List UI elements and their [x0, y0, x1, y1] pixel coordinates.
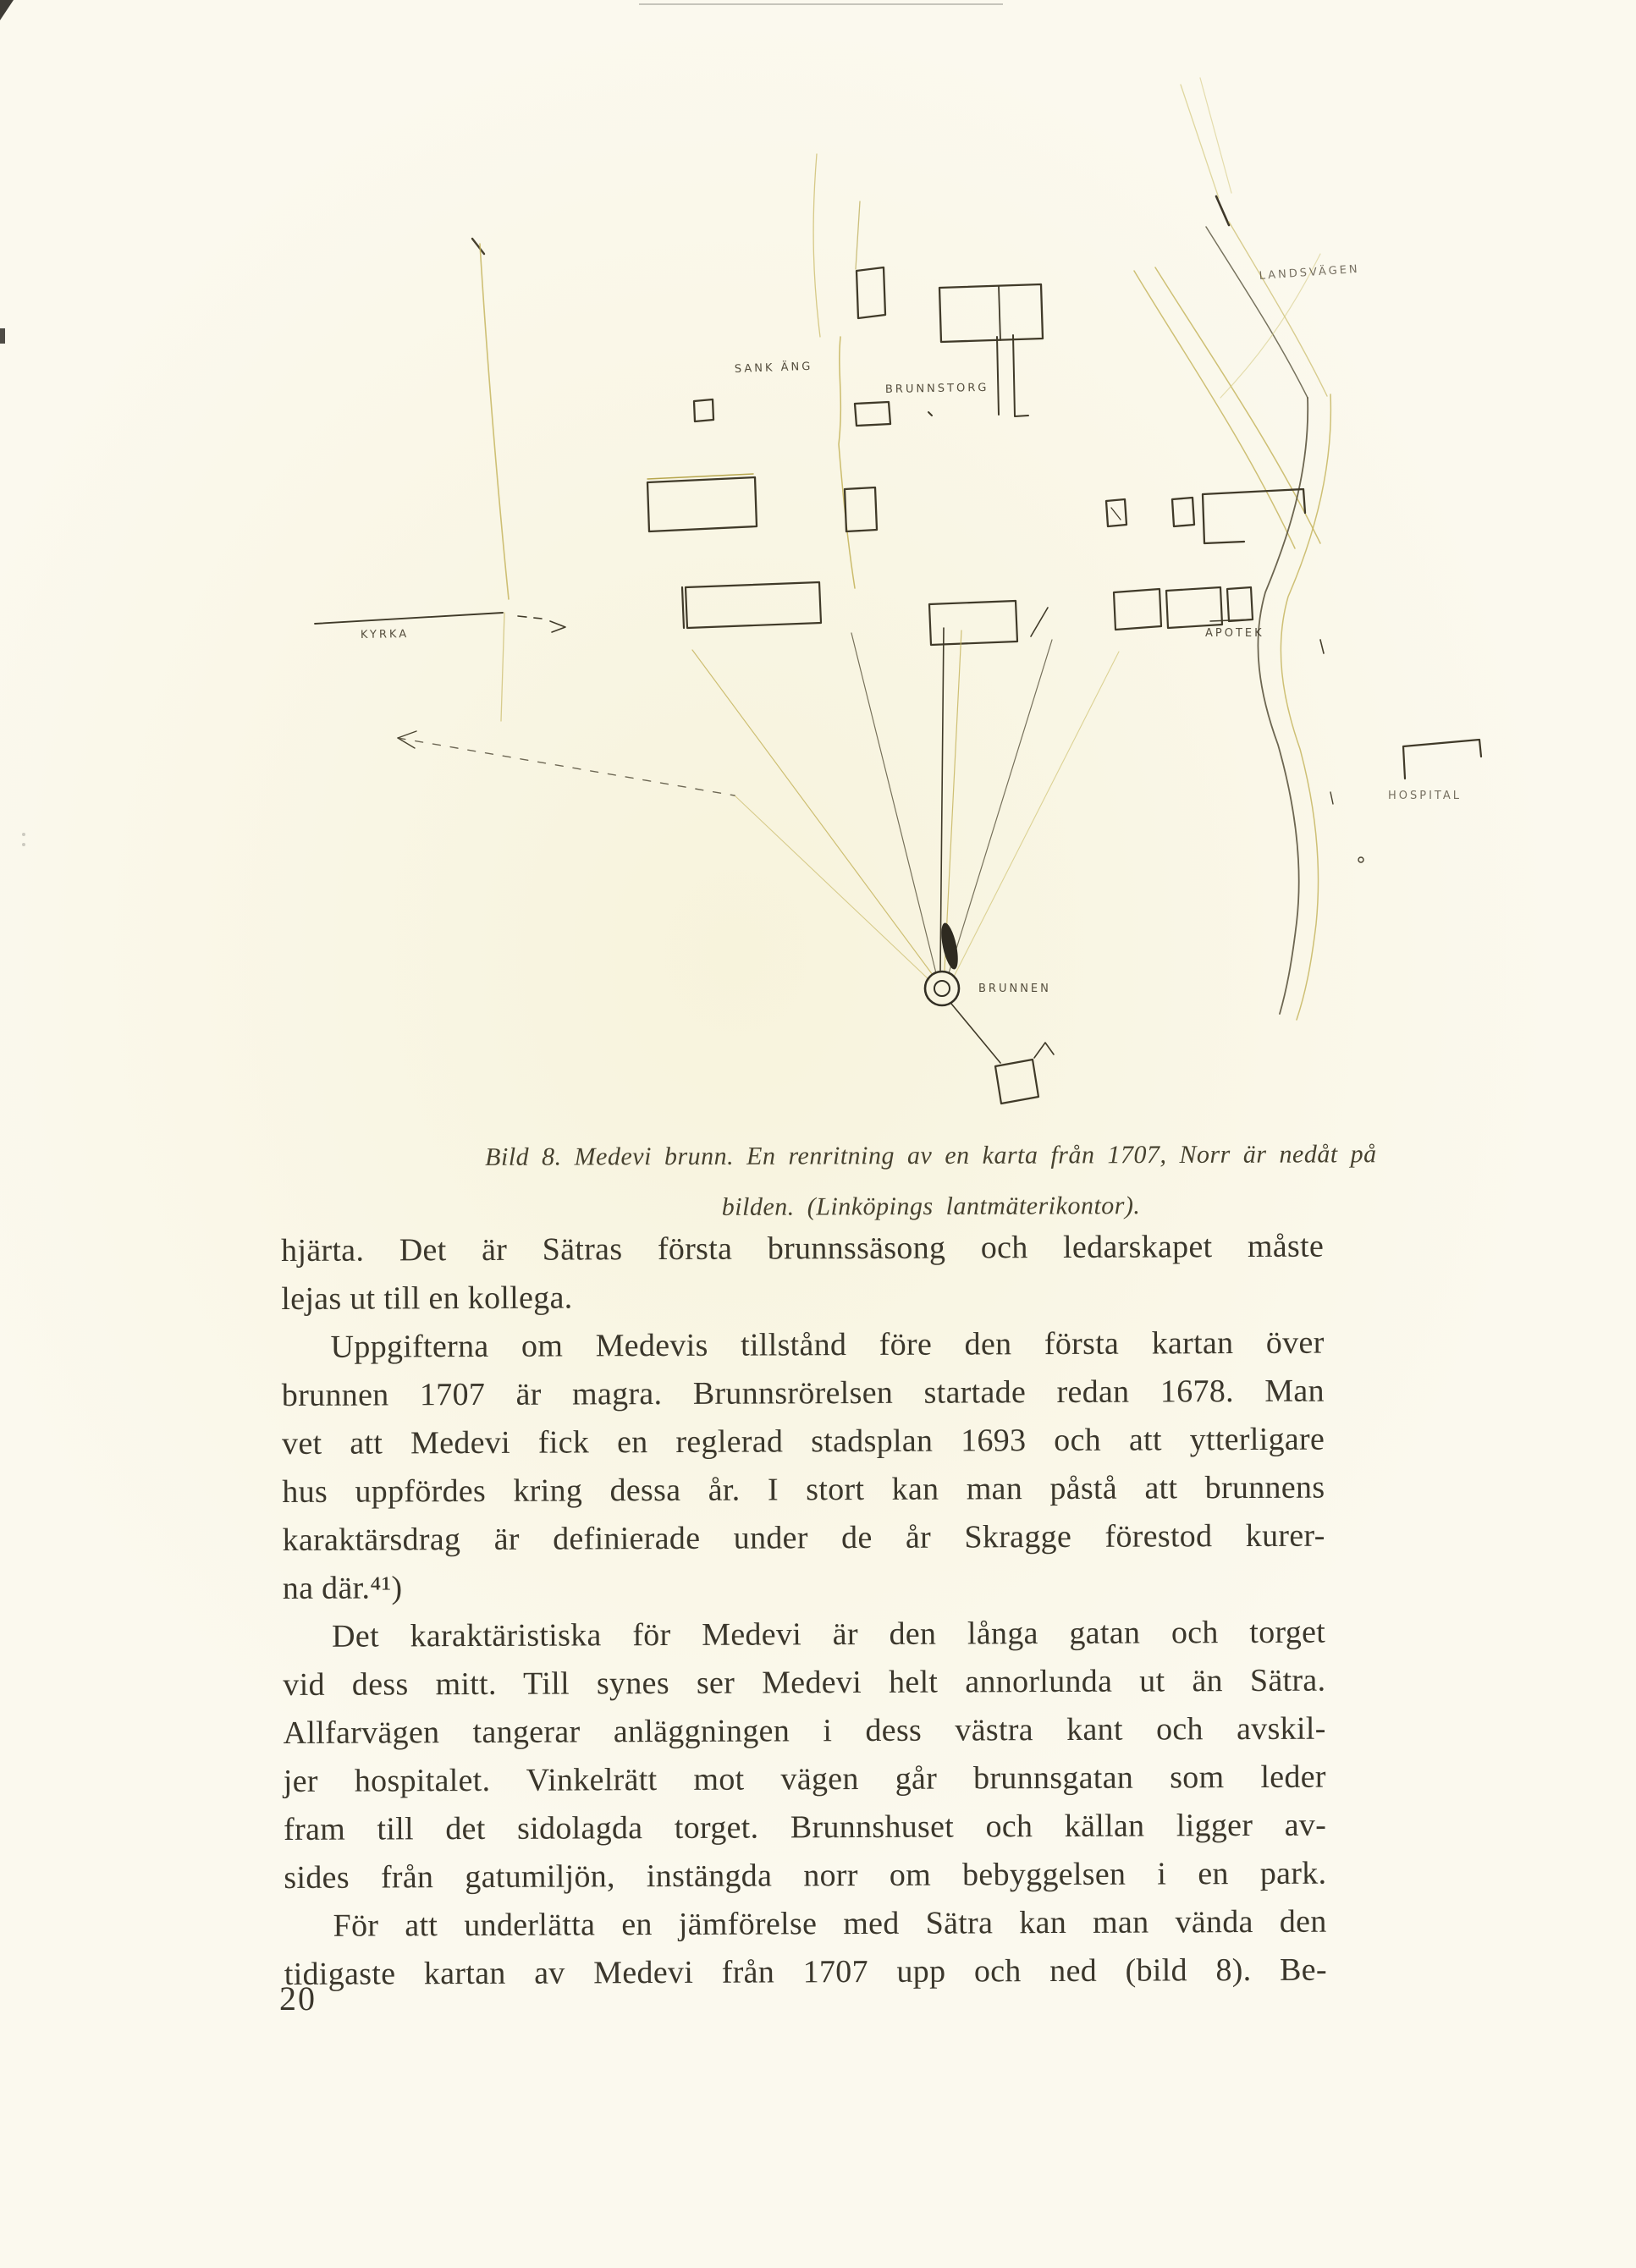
map-label-apotek: APOTEK: [1205, 627, 1264, 640]
body-text-line: brunnen 1707 är magra. Brunnsrörelsen st…: [282, 1368, 1325, 1420]
map-well-rays: [398, 628, 1119, 1063]
map-roads: [472, 78, 1363, 1020]
map-figure: LANDSVÄGEN SANK ÄNG BRUNNSTORG KYRKA APO…: [0, 0, 1636, 1185]
map-hospital: [1403, 740, 1481, 779]
map-label-hospital: HOSPITAL: [1388, 790, 1462, 802]
body-text-line: na där.⁴¹): [283, 1561, 1325, 1613]
map-south-structure: [995, 1043, 1054, 1104]
body-text-line: Allfarvägen tangerar anläggningen i dess…: [283, 1705, 1325, 1758]
map-buildings-street: [315, 582, 1253, 721]
body-text-line: Det karaktäristiska för Medevi är den lå…: [283, 1609, 1325, 1661]
body-text-line: jer hospitalet. Vinkelrätt mot vägen går…: [284, 1753, 1326, 1806]
map-label-sank-ang: SANK ÄNG: [735, 360, 813, 376]
figure-caption-line1: Bild 8. Medevi brunn. En renritning av e…: [364, 1129, 1498, 1184]
body-text-line: sides från gatumiljön, instängda norr om…: [284, 1850, 1326, 1902]
body-text-line: lejas ut till en kollega.: [281, 1271, 1324, 1324]
page-number: 20: [279, 1979, 317, 2018]
body-text-line: hus uppfördes kring dessa år. I stort ka…: [282, 1464, 1325, 1517]
body-text-line: vet att Medevi fick en reglerad stadspla…: [282, 1416, 1325, 1468]
body-text-line: vid dess mitt. Till synes ser Medevi hel…: [283, 1657, 1325, 1709]
body-text-line: karaktärsdrag är definierade under de år…: [282, 1512, 1325, 1565]
body-text-line: tidigaste kartan av Medevi från 1707 upp…: [284, 1946, 1327, 1999]
map-label-brunnstorg: BRUNNSTORG: [885, 382, 989, 396]
map-well: [925, 922, 961, 1005]
figure-caption: Bild 8. Medevi brunn. En renritning av e…: [364, 1129, 1498, 1235]
map-labels: LANDSVÄGEN SANK ÄNG BRUNNSTORG KYRKA APO…: [361, 262, 1462, 995]
map-buildings-middle: [647, 474, 1305, 543]
map-label-brunnen: BRUNNEN: [978, 983, 1051, 995]
map-label-kyrka: KYRKA: [361, 628, 409, 641]
body-text-line: hjärta. Det är Sätras första brunnssäson…: [281, 1223, 1324, 1275]
body-text-line: fram till det sidolagda torget. Brunnshu…: [284, 1802, 1326, 1854]
map-label-landsvagen: LANDSVÄGEN: [1259, 262, 1360, 283]
map-buildings-north: [694, 267, 1043, 426]
body-text: hjärta. Det är Sätras första brunnssäson…: [281, 1223, 1327, 1999]
body-text-line: Uppgifterna om Medevis tillstånd före de…: [281, 1319, 1324, 1372]
body-text-line: För att underlätta en jämförelse med Sät…: [284, 1898, 1326, 1951]
medevi-map-drawing: LANDSVÄGEN SANK ÄNG BRUNNSTORG KYRKA APO…: [0, 0, 1636, 1185]
